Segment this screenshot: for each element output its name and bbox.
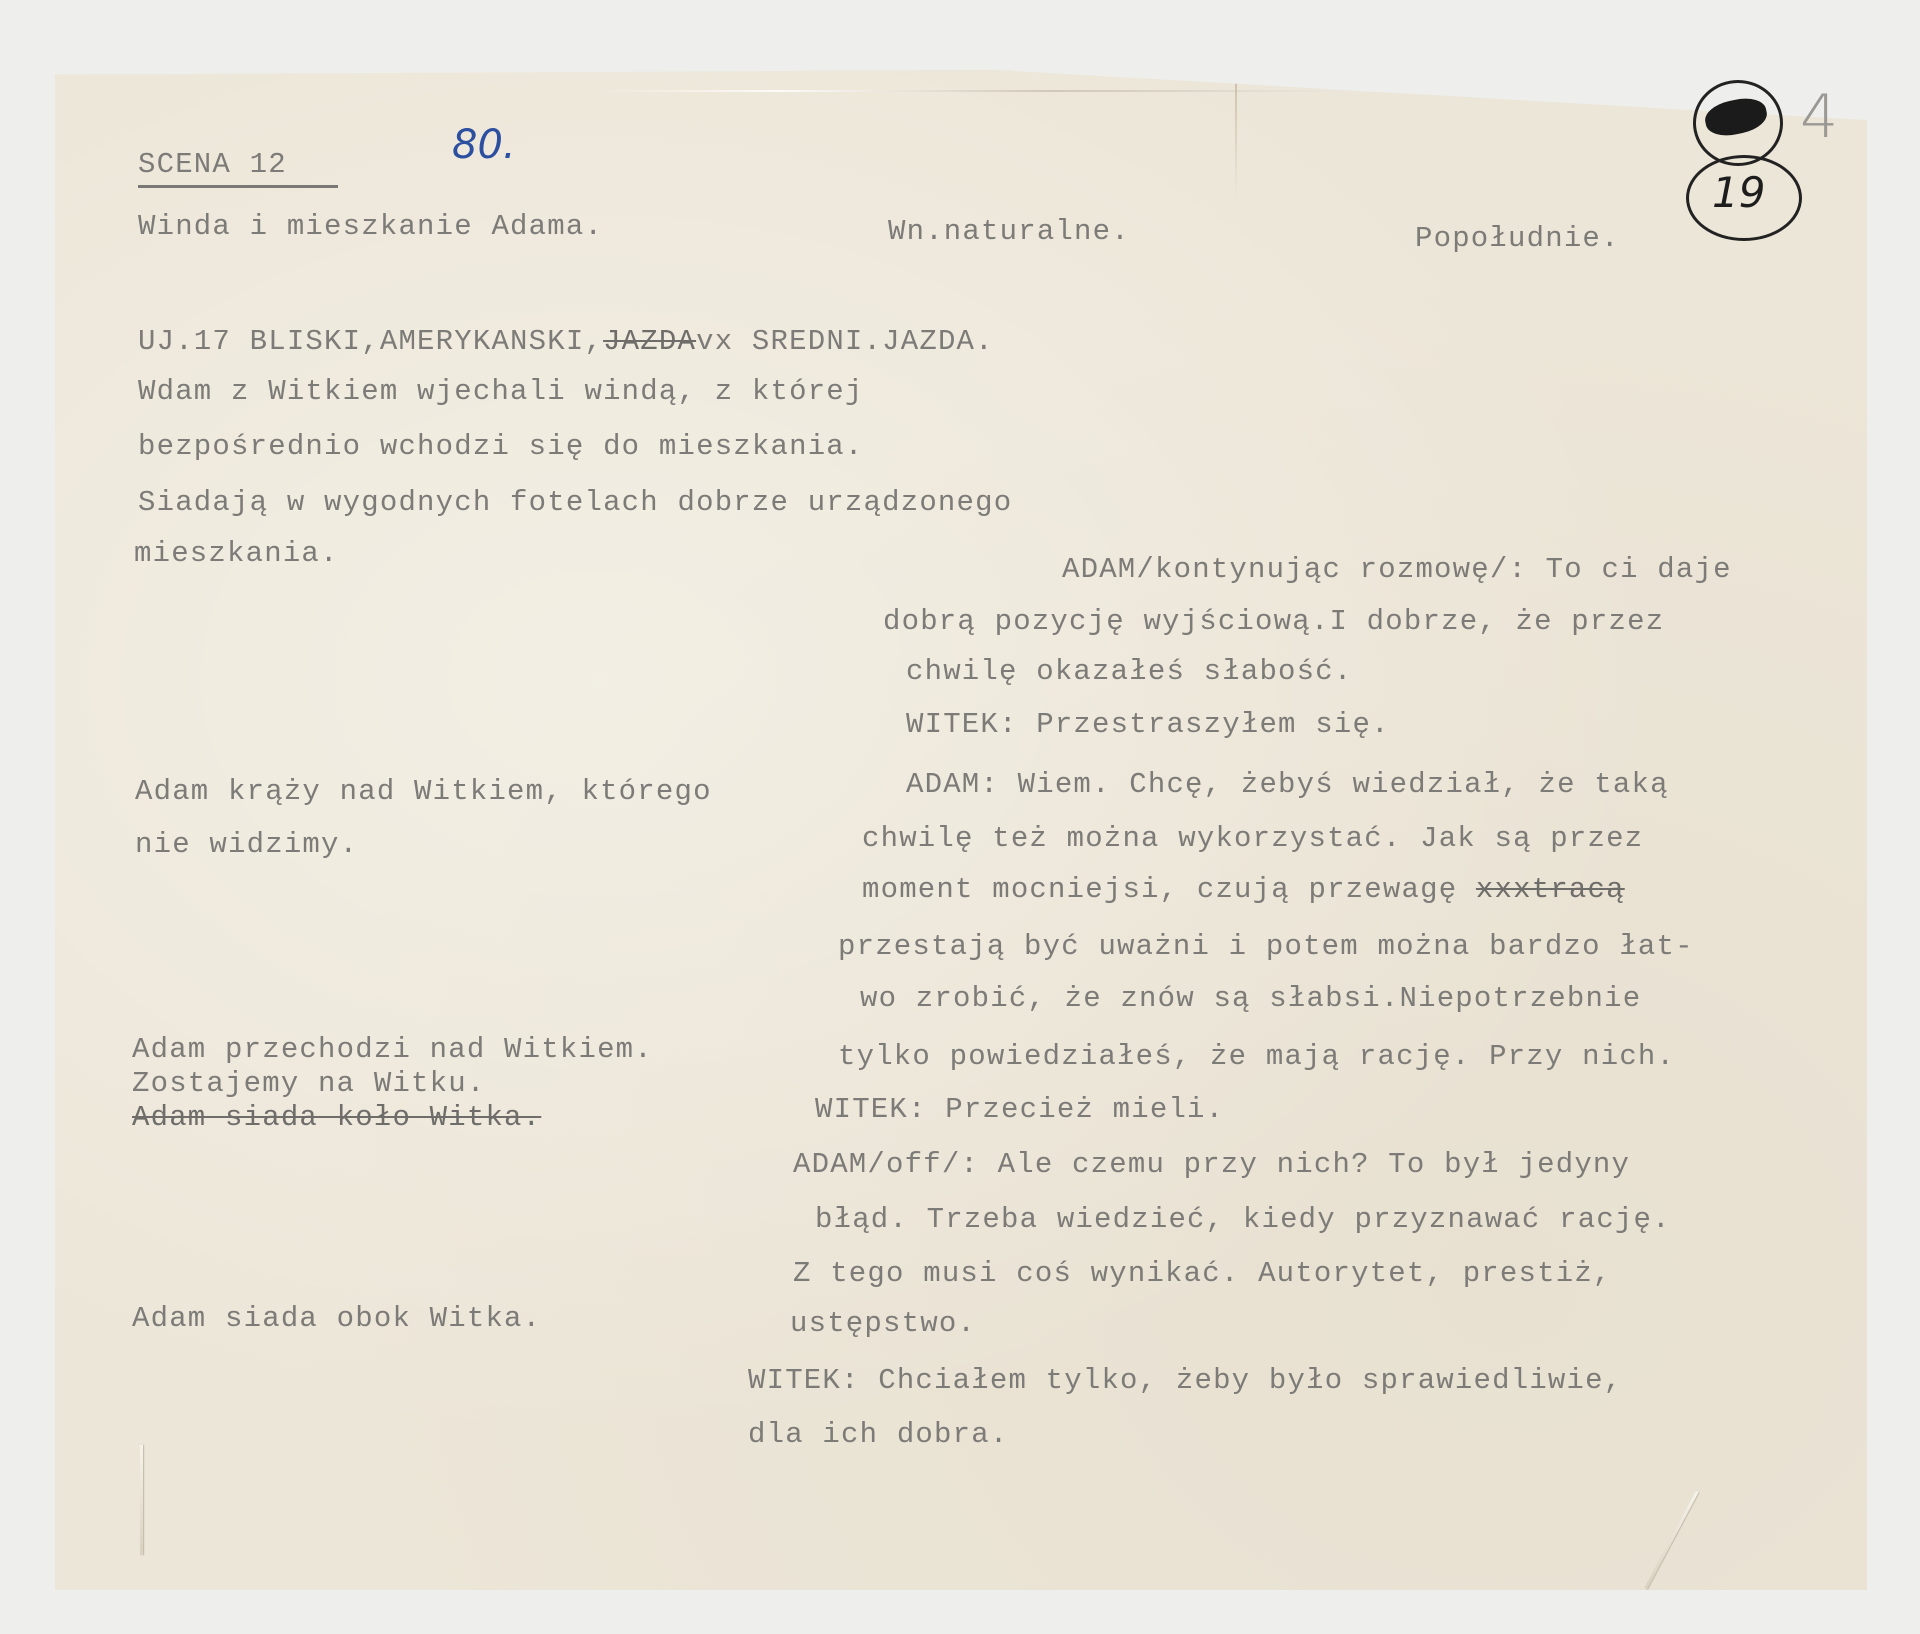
time-of-day: Popołudnie.: [1415, 222, 1620, 256]
left-note: nie widzimy.: [135, 828, 358, 862]
shot-struck-text: JAZDA: [603, 325, 696, 358]
dialogue-line: WITEK: Przecież mieli.: [815, 1093, 1224, 1127]
left-note: Adam siada obok Witka.: [132, 1302, 541, 1336]
pencil-number: 4: [1800, 82, 1838, 152]
staple-mark: [140, 1445, 143, 1555]
setting: Wn.naturalne.: [888, 215, 1130, 249]
action-line: Siadają w wygodnych fotelach dobrze urzą…: [138, 486, 1012, 520]
paper-tear: [1235, 70, 1237, 200]
dialogue-line: ADAM: Wiem. Chcę, żebyś wiedział, że tak…: [906, 768, 1669, 802]
shot-prefix: UJ.17 BLISKI,AMERYKANSKI,: [138, 325, 603, 358]
shot-description: UJ.17 BLISKI,AMERYKANSKI,JAZDAvx SREDNI.…: [138, 325, 994, 359]
dialogue-line: ustępstwo.: [790, 1307, 976, 1341]
dialogue-line: WITEK: Przestraszyłem się.: [906, 708, 1390, 742]
shot-suffix: SREDNI.JAZDA.: [733, 325, 993, 358]
paper-crease: [55, 90, 1867, 92]
location: Winda i mieszkanie Adama.: [138, 210, 603, 244]
dialogue-line: błąd. Trzeba wiedzieć, kiedy przyznawać …: [815, 1203, 1671, 1237]
action-line: mieszkania.: [134, 537, 339, 571]
dialogue-line: chwilę okazałeś słabość.: [906, 655, 1352, 689]
left-note-struck: Adam siada koło Witka.: [132, 1101, 541, 1135]
dialogue-struck-word: xxxtracą: [1476, 873, 1625, 906]
dialogue-line: ADAM/off/: Ale czemu przy nich? To był j…: [793, 1148, 1630, 1182]
action-line: bezpośrednio wchodzi się do mieszkania.: [138, 430, 864, 464]
dialogue-line: tylko powiedziałeś, że mają rację. Przy …: [838, 1040, 1675, 1074]
dialogue-line: WITEK: Chciałem tylko, żeby było sprawie…: [748, 1364, 1622, 1398]
left-note: Adam krąży nad Witkiem, którego: [135, 775, 712, 809]
page-number-blue: 80.: [452, 122, 516, 168]
dialogue-line: dobrą pozycję wyjściową.I dobrze, że prz…: [883, 605, 1664, 639]
left-note: Zostajemy na Witku.: [132, 1067, 485, 1101]
dialogue-line: chwilę też można wykorzystać. Jak są prz…: [862, 822, 1643, 856]
dialogue-line: moment mocniejsi, czują przewagę xxxtrac…: [862, 873, 1625, 907]
dialogue-line: Z tego musi coś wynikać. Autorytet, pres…: [793, 1257, 1612, 1291]
dialogue-line: wo zrobić, że znów są słabsi.Niepotrzebn…: [860, 982, 1641, 1016]
dialogue-text: moment mocniejsi, czują przewagę: [862, 873, 1476, 906]
dialogue-line: przestają być uważni i potem można bardz…: [838, 930, 1694, 964]
dialogue-line: dla ich dobra.: [748, 1418, 1008, 1452]
dialogue-line: ADAM/kontynując rozmowę/: To ci daje: [1062, 553, 1732, 587]
circled-number: 19: [1712, 168, 1765, 217]
shot-struck-tail: vx: [696, 325, 733, 358]
scene-title-underline: [138, 185, 338, 188]
action-line: Wdam z Witkiem wjechali windą, z której: [138, 375, 864, 409]
scene-title: SCENA 12: [138, 148, 287, 182]
left-note: Adam przechodzi nad Witkiem.: [132, 1033, 653, 1067]
